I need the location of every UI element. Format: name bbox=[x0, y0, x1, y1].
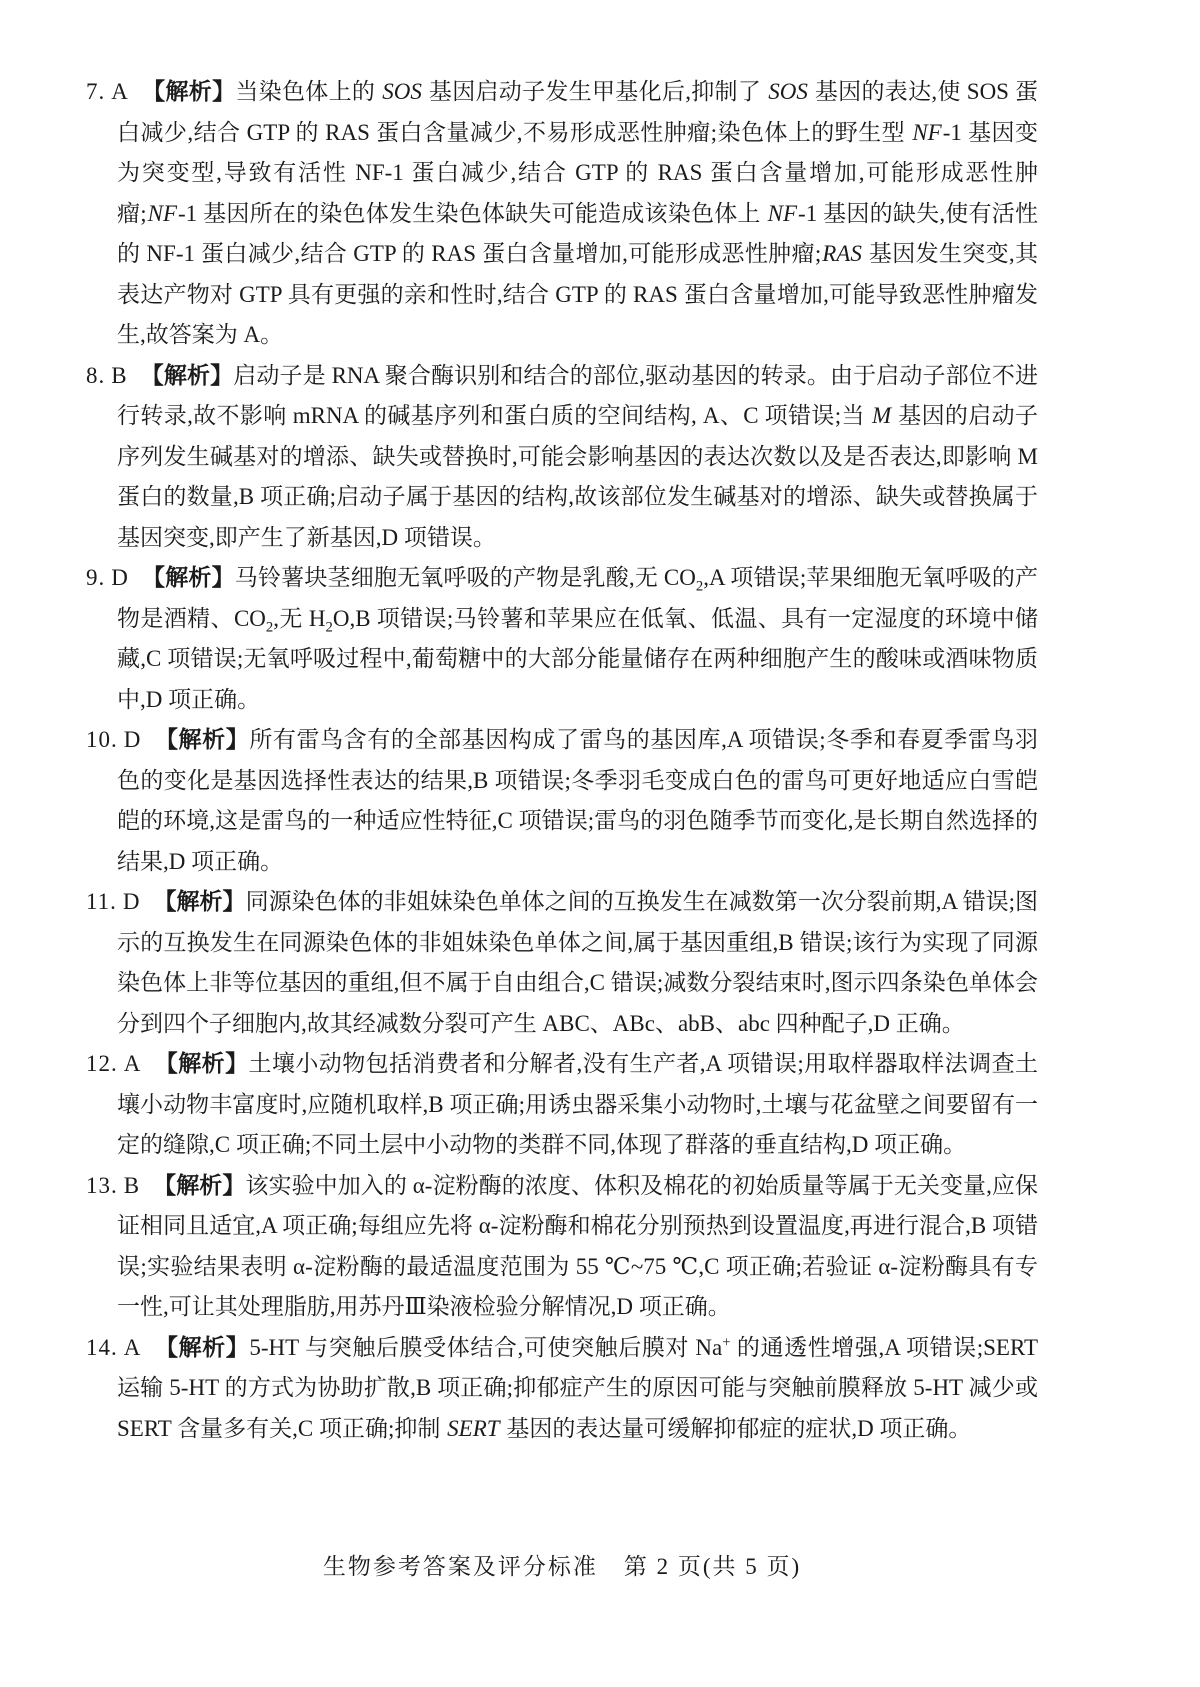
answer-item-head: 11.D【解析】 bbox=[86, 889, 246, 914]
item-number: 13. bbox=[86, 1173, 118, 1198]
item-answer: A bbox=[124, 1051, 141, 1076]
answer-item-head: 14.A【解析】 bbox=[86, 1335, 249, 1360]
item-answer: D bbox=[124, 727, 141, 752]
analysis-label: 【解析】 bbox=[142, 79, 236, 104]
item-number: 7. bbox=[86, 79, 105, 104]
explanation-text: 马铃薯块茎细胞无氧呼吸的产物是乳酸,无 CO2,A 项错误;苹果细胞无氧呼吸的产… bbox=[117, 565, 1038, 712]
explanation-text: 同源染色体的非姐妹染色单体之间的互换发生在减数第一次分裂前期,A 错误;图示的互… bbox=[117, 889, 1038, 1036]
answer-item: 14.A【解析】5-HT 与突触后膜受体结合,可使突触后膜对 Na+ 的通透性增… bbox=[86, 1328, 1038, 1450]
answer-item: 11.D【解析】同源染色体的非姐妹染色单体之间的互换发生在减数第一次分裂前期,A… bbox=[86, 882, 1038, 1044]
analysis-label: 【解析】 bbox=[142, 565, 235, 590]
answer-item: 9.D【解析】马铃薯块茎细胞无氧呼吸的产物是乳酸,无 CO2,A 项错误;苹果细… bbox=[86, 558, 1038, 720]
explanation-text: 土壤小动物包括消费者和分解者,没有生产者,A 项错误;用取样器取样法调查土壤小动… bbox=[117, 1051, 1038, 1157]
analysis-label: 【解析】 bbox=[141, 363, 234, 388]
item-answer: B bbox=[124, 1173, 139, 1198]
answer-item: 8.B【解析】启动子是 RNA 聚合酶识别和结合的部位,驱动基因的转录。由于启动… bbox=[86, 356, 1038, 559]
analysis-label: 【解析】 bbox=[154, 1335, 249, 1360]
answer-item-head: 9.D【解析】 bbox=[86, 565, 235, 590]
item-number: 8. bbox=[86, 363, 105, 388]
item-answer: A bbox=[124, 1335, 141, 1360]
explanation-text: 当染色体上的 SOS 基因启动子发生甲基化后,抑制了 SOS 基因的表达,使 S… bbox=[117, 79, 1038, 347]
answer-item: 12.A【解析】土壤小动物包括消费者和分解者,没有生产者,A 项错误;用取样器取… bbox=[86, 1044, 1038, 1166]
explanation-text: 该实验中加入的 α-淀粉酶的浓度、体积及棉花的初始质量等属于无关变量,应保证相同… bbox=[117, 1173, 1038, 1320]
explanation-text: 所有雷鸟含有的全部基因构成了雷鸟的基因库,A 项错误;冬季和春夏季雷鸟羽色的变化… bbox=[117, 727, 1038, 874]
item-answer: B bbox=[111, 363, 126, 388]
analysis-label: 【解析】 bbox=[153, 1173, 245, 1198]
answer-item-head: 7.A【解析】 bbox=[86, 79, 235, 104]
item-answer: A bbox=[111, 79, 128, 104]
item-number: 12. bbox=[86, 1051, 118, 1076]
answer-item-head: 8.B【解析】 bbox=[86, 363, 233, 388]
document-page: 7.A【解析】当染色体上的 SOS 基因启动子发生甲基化后,抑制了 SOS 基因… bbox=[0, 0, 1200, 1687]
answer-item: 10.D【解析】所有雷鸟含有的全部基因构成了雷鸟的基因库,A 项错误;冬季和春夏… bbox=[86, 720, 1038, 882]
item-answer: D bbox=[111, 565, 128, 590]
page-footer: 生物参考答案及评分标准第 2 页(共 5 页) bbox=[86, 1548, 1038, 1581]
answer-list: 7.A【解析】当染色体上的 SOS 基因启动子发生甲基化后,抑制了 SOS 基因… bbox=[86, 72, 1038, 1449]
item-number: 9. bbox=[86, 565, 105, 590]
answer-item: 7.A【解析】当染色体上的 SOS 基因启动子发生甲基化后,抑制了 SOS 基因… bbox=[86, 72, 1038, 356]
item-number: 10. bbox=[86, 727, 118, 752]
answer-item-head: 13.B【解析】 bbox=[86, 1173, 245, 1198]
item-answer: D bbox=[123, 889, 140, 914]
footer-title: 生物参考答案及评分标准 bbox=[323, 1554, 598, 1579]
analysis-label: 【解析】 bbox=[154, 727, 249, 752]
footer-page-number: 第 2 页(共 5 页) bbox=[624, 1554, 801, 1579]
explanation-text: 5-HT 与突触后膜受体结合,可使突触后膜对 Na+ 的通透性增强,A 项错误;… bbox=[117, 1335, 1038, 1441]
answer-item-head: 10.D【解析】 bbox=[86, 727, 249, 752]
answer-item-head: 12.A【解析】 bbox=[86, 1051, 249, 1076]
item-number: 14. bbox=[86, 1335, 118, 1360]
analysis-label: 【解析】 bbox=[154, 1051, 248, 1076]
item-number: 11. bbox=[86, 889, 117, 914]
explanation-text: 启动子是 RNA 聚合酶识别和结合的部位,驱动基因的转录。由于启动子部位不进行转… bbox=[117, 363, 1038, 550]
analysis-label: 【解析】 bbox=[154, 889, 246, 914]
answer-item: 13.B【解析】该实验中加入的 α-淀粉酶的浓度、体积及棉花的初始质量等属于无关… bbox=[86, 1166, 1038, 1328]
